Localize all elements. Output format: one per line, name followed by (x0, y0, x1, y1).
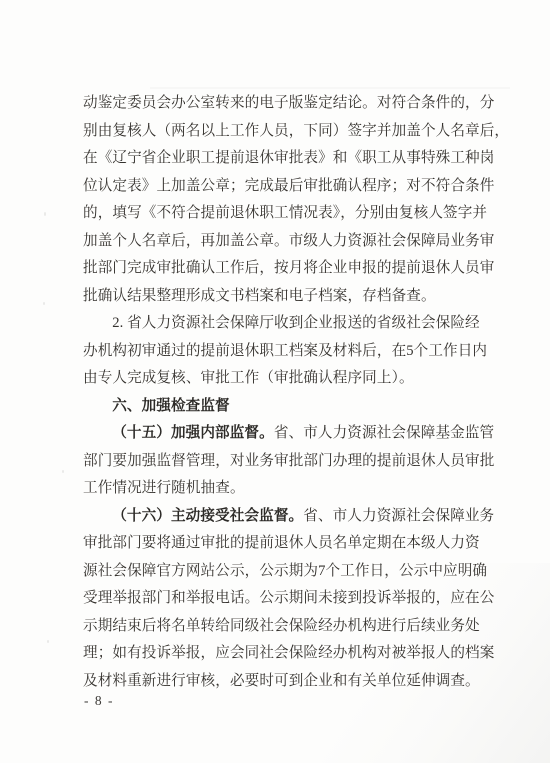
bold-segment: （十五）加强内部监督。 (112, 425, 274, 441)
page-number: - 8 - (84, 693, 114, 709)
text-line: 的，填写《不符合提前退休职工情况表》，分别由复核人签字并 (83, 200, 508, 228)
text-segment: 由专人完成复核、审批工作（审批确认程序同上）。 (83, 370, 414, 386)
text-line: 在《辽宁省企业职工提前退休审批表》和《职工从事特殊工种岗 (83, 145, 508, 173)
text-line: 部门要加强监督管理，对业务审批部门办理的提前退休人员审批 (83, 448, 508, 476)
text-segment: 受理举报部门和举报电话。公示期间未接到投诉举报的，应在公 (83, 590, 494, 606)
text-segment: 位认定表》上加盖公章；完成最后审批确认程序；对不符合条件 (83, 178, 494, 194)
text-segment: 在《辽宁省企业职工提前退休审批表》和《职工从事特殊工种岗 (83, 150, 494, 166)
text-segment: 办机构初审通过的提前退休职工档案及材料后，在5个工作日内 (83, 343, 487, 359)
text-segment: 省、市人力资源社会保障基金监管 (274, 425, 494, 441)
text-line: 加盖个人名章后，再加盖公章。市级人力资源社会保障局业务审 (83, 228, 508, 256)
text-line: 2. 省人力资源社会保障厅收到企业报送的省级社会保险经 (83, 310, 508, 338)
document-page: 动鉴定委员会办公室转来的电子版鉴定结论。对符合条件的，分别由复核人（两名以上工作… (0, 0, 550, 763)
text-segment: 审批部门要将通过审批的提前退休人员名单定期在本级人力资 (83, 535, 480, 551)
text-segment: 及材料重新进行审核，必要时可到企业和有关单位延伸调查。 (83, 673, 480, 689)
text-segment: 批确认结果整理形成文书档案和电子档案，存档备查。 (83, 288, 436, 304)
scan-artifact-streak (150, 87, 510, 89)
text-segment: 示期结束后将名单转给同级社会保险经办机构进行后续业务处 (83, 618, 480, 634)
text-segment: 动鉴定委员会办公室转来的电子版鉴定结论。对符合条件的，分 (83, 95, 494, 111)
bold-segment: 六、加强检查监督 (112, 398, 230, 414)
text-segment: 2. 省人力资源社会保障厅收到企业报送的省级社会保险经 (112, 315, 480, 331)
text-segment: 工作情况进行随机抽查。 (83, 480, 245, 496)
text-segment: 理；如有投诉举报，应会同社会保险经办机构对被举报人的档案 (83, 645, 494, 661)
text-segment: 加盖个人名章后，再加盖公章。市级人力资源社会保障局业务审 (83, 233, 494, 249)
bold-segment: （十六）主动接受社会监督。 (112, 508, 303, 524)
text-line: 位认定表》上加盖公章；完成最后审批确认程序；对不符合条件 (83, 173, 508, 201)
text-line: 动鉴定委员会办公室转来的电子版鉴定结论。对符合条件的，分 (83, 90, 508, 118)
scan-artifact-speck (43, 302, 45, 305)
text-line: 及材料重新进行审核，必要时可到企业和有关单位延伸调查。 (83, 668, 508, 696)
document-text-block: 动鉴定委员会办公室转来的电子版鉴定结论。对符合条件的，分别由复核人（两名以上工作… (83, 90, 508, 695)
text-line: 由专人完成复核、审批工作（审批确认程序同上）。 (83, 365, 508, 393)
text-line: 工作情况进行随机抽查。 (83, 475, 508, 503)
scan-artifact-speck (62, 470, 64, 473)
scan-artifact-speck (47, 640, 49, 643)
text-segment: 批部门完成审批确认工作后，按月将企业申报的提前退休人员审 (83, 260, 494, 276)
text-segment: 部门要加强监督管理，对业务审批部门办理的提前退休人员审批 (83, 453, 494, 469)
text-line: 办机构初审通过的提前退休职工档案及材料后，在5个工作日内 (83, 338, 508, 366)
text-line: 批确认结果整理形成文书档案和电子档案，存档备查。 (83, 283, 508, 311)
text-line: 受理举报部门和举报电话。公示期间未接到投诉举报的，应在公 (83, 585, 508, 613)
text-line: 示期结束后将名单转给同级社会保险经办机构进行后续业务处 (83, 613, 508, 641)
text-line: 六、加强检查监督 (83, 393, 508, 421)
scan-artifact-speck (44, 212, 46, 216)
text-line: 审批部门要将通过审批的提前退休人员名单定期在本级人力资 (83, 530, 508, 558)
text-segment: 源社会保障官方网站公示，公示期为7个工作日，公示中应明确 (83, 563, 487, 579)
text-line: 批部门完成审批确认工作后，按月将企业申报的提前退休人员审 (83, 255, 508, 283)
text-segment: 的，填写《不符合提前退休职工情况表》，分别由复核人签字并 (83, 205, 487, 221)
text-line: 别由复核人（两名以上工作人员，下同）签字并加盖个人名章后， (83, 118, 508, 146)
text-segment: 别由复核人（两名以上工作人员，下同）签字并加盖个人名章后， (83, 123, 509, 139)
text-line: （十五）加强内部监督。省、市人力资源社会保障基金监管 (83, 420, 508, 448)
text-line: （十六）主动接受社会监督。省、市人力资源社会保障业务 (83, 503, 508, 531)
text-segment: 省、市人力资源社会保障业务 (303, 508, 494, 524)
text-line: 源社会保障官方网站公示，公示期为7个工作日，公示中应明确 (83, 558, 508, 586)
text-line: 理；如有投诉举报，应会同社会保险经办机构对被举报人的档案 (83, 640, 508, 668)
